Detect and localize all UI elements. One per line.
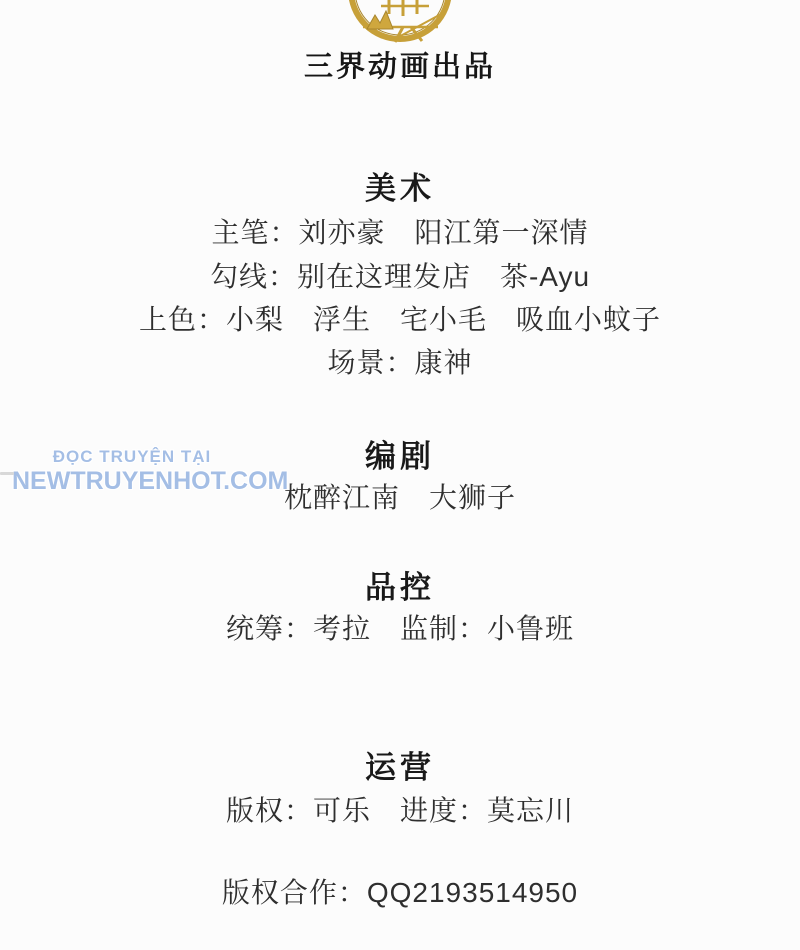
- section-heading-ops: 运营: [0, 742, 800, 787]
- watermark-tagline: ĐỌC TRUYỆN TẠI: [12, 447, 252, 467]
- publisher-logo-icon: [345, 0, 455, 46]
- credit-line-scenery: 场景：康神: [0, 341, 800, 381]
- copyright-contact-line: 版权合作：QQ2193514950: [0, 871, 800, 911]
- section-heading-art: 美术: [0, 163, 800, 208]
- publisher-title: 三界动画出品: [0, 44, 800, 85]
- credit-line-ops: 版权：可乐 进度：莫忘川: [0, 789, 800, 829]
- site-watermark: ĐỌC TRUYỆN TẠI NEWTRUYENHOT.COM: [12, 447, 252, 495]
- credit-line-inking: 勾线：别在这理发店 茶-Ayu: [0, 255, 800, 295]
- edge-artifact-dash: [0, 472, 14, 475]
- credits-page: 三界动画出品 美术 主笔：刘亦豪 阳江第一深情 勾线：别在这理发店 茶-Ayu …: [0, 0, 800, 950]
- credit-line-coloring: 上色：小梨 浮生 宅小毛 吸血小蚊子: [0, 298, 800, 338]
- credit-line-qc: 统筹：考拉 监制：小鲁班: [0, 607, 800, 647]
- watermark-domain: NEWTRUYENHOT.COM: [12, 467, 252, 496]
- section-heading-qc: 品控: [0, 562, 800, 607]
- credit-line-lead-artist: 主笔：刘亦豪 阳江第一深情: [0, 211, 800, 251]
